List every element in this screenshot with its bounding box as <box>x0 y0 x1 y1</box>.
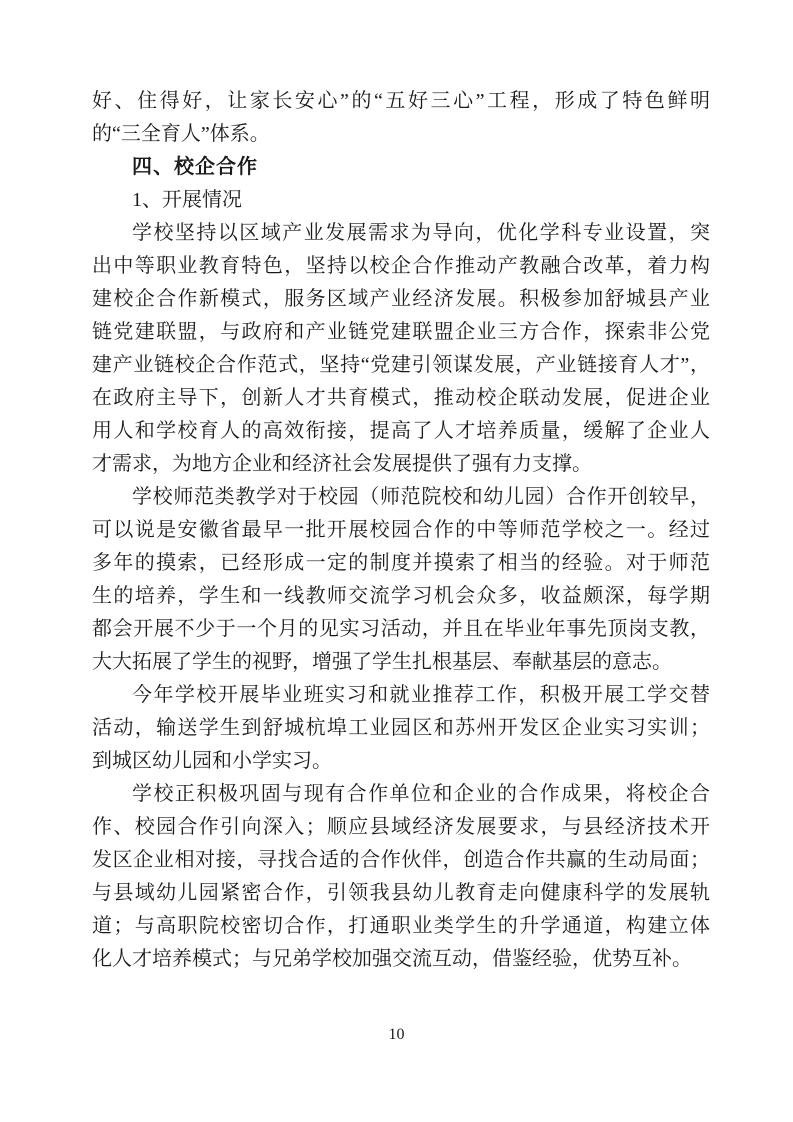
text-line: 才需求，为地方企业和经济社会发展提供了强有力支撑。 <box>92 448 710 481</box>
page-number: 10 <box>0 1026 793 1044</box>
text-line: 大大拓展了学生的视野，增强了学生扎根基层、奉献基层的意志。 <box>92 646 710 679</box>
text-line: 在政府主导下，创新人才共育模式，推动校企联动发展，促进企业 <box>92 382 710 415</box>
document-body: 好、住得好，让家长安心”的“五好三心”工程，形成了特色鲜明 的“三全育人”体系。… <box>92 85 710 976</box>
text-line: 到城区幼儿园和小学实习。 <box>92 745 710 778</box>
text-line: 都会开展不少于一个月的见实习活动，并且在毕业年事先顶岗支教， <box>92 613 710 646</box>
text-line: 与县域幼儿园紧密合作，引领我县幼儿教育走向健康科学的发展轨 <box>92 877 710 910</box>
text-line: 活动，输送学生到舒城杭埠工业园区和苏州开发区企业实习实训； <box>92 712 710 745</box>
document-page: 好、住得好，让家长安心”的“五好三心”工程，形成了特色鲜明 的“三全育人”体系。… <box>0 0 793 1122</box>
text-line: 链党建联盟，与政府和产业链党建联盟企业三方合作，探索非公党 <box>92 316 710 349</box>
text-line: 生的培养，学生和一线教师交流学习机会众多，收益颇深，每学期 <box>92 580 710 613</box>
text-line: 学校师范类教学对于校园（师范院校和幼儿园）合作开创较早， <box>92 481 710 514</box>
text-line: 发区企业相对接，寻找合适的合作伙伴，创造合作共赢的生动局面； <box>92 844 710 877</box>
text-line: 的“三全育人”体系。 <box>92 118 710 151</box>
text-line: 好、住得好，让家长安心”的“五好三心”工程，形成了特色鲜明 <box>92 85 710 118</box>
text-line: 道；与高职院校密切合作，打通职业类学生的升学通道，构建立体 <box>92 910 710 943</box>
text-line: 学校正积极巩固与现有合作单位和企业的合作成果，将校企合 <box>92 778 710 811</box>
text-line: 可以说是安徽省最早一批开展校园合作的中等师范学校之一。经过 <box>92 514 710 547</box>
text-line: 学校坚持以区域产业发展需求为导向，优化学科专业设置，突 <box>92 217 710 250</box>
subsection-heading: 1、开展情况 <box>92 184 710 217</box>
text-line: 建校企合作新模式，服务区域产业经济发展。积极参加舒城县产业 <box>92 283 710 316</box>
text-line: 出中等职业教育特色，坚持以校企合作推动产教融合改革，着力构 <box>92 250 710 283</box>
text-line: 今年学校开展毕业班实习和就业推荐工作，积极开展工学交替 <box>92 679 710 712</box>
text-line: 多年的摸索，已经形成一定的制度并摸索了相当的经验。对于师范 <box>92 547 710 580</box>
section-heading: 四、校企合作 <box>92 151 710 184</box>
text-line: 用人和学校育人的高效衔接，提高了人才培养质量，缓解了企业人 <box>92 415 710 448</box>
text-line: 作、校园合作引向深入；顺应县域经济发展要求，与县经济技术开 <box>92 811 710 844</box>
text-line: 化人才培养模式；与兄弟学校加强交流互动，借鉴经验，优势互补。 <box>92 943 710 976</box>
text-line: 建产业链校企合作范式，坚持“党建引领谋发展，产业链接育人才”， <box>92 349 710 382</box>
